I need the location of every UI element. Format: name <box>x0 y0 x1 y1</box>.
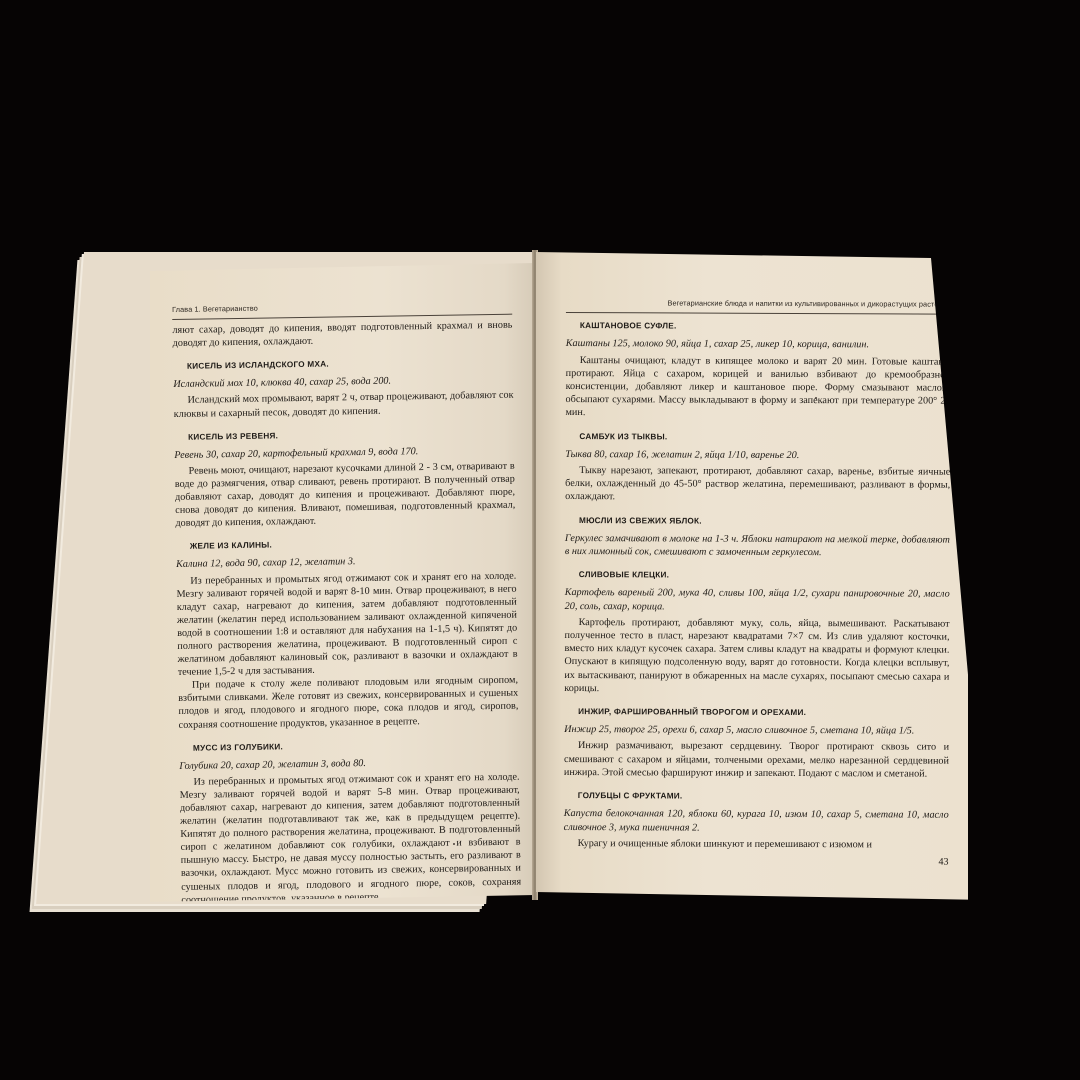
recipe-blueberry-mousse: Мусс из голубики. Голубика 20, сахар 20,… <box>179 736 522 903</box>
recipe-method: Каштаны очищают, кладут в кипящее молоко… <box>565 354 950 422</box>
photo-scene: Глава 1. Вегетарианство ляют сахар, дово… <box>0 0 1080 1080</box>
recipe-viburnum-jelly: Желе из калины. Калина 12, вода 90, саха… <box>176 535 519 732</box>
recipe-ingredients: Исландский мох 10, клюква 40, сахар 25, … <box>173 373 513 391</box>
recipe-chestnut-souffle: Каштановое суфле. Каштаны 125, молоко 90… <box>565 319 950 421</box>
recipe-ingredients: Ревень 30, сахар 20, картофельный крахма… <box>174 443 514 461</box>
left-running-head: Глава 1. Вегетарианство <box>172 298 512 320</box>
recipe-title: Желе из калины. <box>176 535 516 553</box>
right-running-head: Вегетарианские блюда и напитки из культи… <box>566 296 951 315</box>
paper-speck <box>815 397 817 399</box>
left-page: Глава 1. Вегетарианство ляют сахар, дово… <box>150 263 535 903</box>
recipe-title: Самбук из тыквы. <box>565 430 950 445</box>
recipe-ingredients: Капуста белокочанная 120, яблоки 60, кур… <box>564 807 949 835</box>
recipe-title: Голубцы с фруктами. <box>564 789 949 804</box>
recipe-ingredients: Тыква 80, сахар 16, желатин 2, яйца 1/10… <box>565 448 950 463</box>
recipe-ingredients: Картофель вареный 200, мука 40, сливы 10… <box>565 586 950 614</box>
paper-speck <box>453 843 455 845</box>
recipe-method: Инжир размачивают, вырезают сердцевину. … <box>564 739 949 780</box>
recipe-method: Курагу и очищенные яблоки шинкуют и пере… <box>564 837 949 852</box>
recipe-plum-dumplings: Сливовые клецки. Картофель вареный 200, … <box>564 568 950 697</box>
recipe-method: Из перебранных и промытых ягод отжимают … <box>176 569 518 679</box>
recipe-method: Картофель протирают, добавляют муку, сол… <box>564 616 949 697</box>
recipe-ingredients: Инжир 25, творог 25, орехи 6, сахар 5, м… <box>564 723 949 738</box>
recipe-stuffed-figs: Инжир, фаршированный творогом и орехами.… <box>564 705 949 781</box>
recipe-method: Тыкву нарезают, запекают, протирают, доб… <box>565 464 950 505</box>
right-page: Вегетарианские блюда и напитки из культи… <box>536 252 968 902</box>
recipe-ingredients: Каштаны 125, молоко 90, яйца 1, сахар 25… <box>566 337 951 352</box>
recipe-title: Кисель из ревеня. <box>174 425 514 443</box>
page-number-right: 43 <box>564 854 949 869</box>
recipe-fruit-cabbage-rolls: Голубцы с фруктами. Капуста белокочанная… <box>564 789 949 851</box>
recipe-apple-muesli: Мюсли из свежих яблок. Геркулес замачива… <box>565 514 950 560</box>
recipe-ingredients: Геркулес замачивают в молоке на 1-3 ч. Я… <box>565 532 950 560</box>
paper-speck <box>307 845 309 847</box>
recipe-ingredients: Голубика 20, сахар 20, желатин 3, вода 8… <box>179 754 519 772</box>
right-page-text: Вегетарианские блюда и напитки из культи… <box>564 296 951 869</box>
left-page-text: Глава 1. Вегетарианство ляют сахар, дово… <box>172 298 522 903</box>
recipe-method: Ревень моют, очищают, нарезают кусочками… <box>175 459 516 530</box>
recipe-title: Кисель из исландского мха. <box>173 355 513 373</box>
recipe-method: Исландский мох промывают, варят 2 ч, отв… <box>173 389 513 421</box>
recipe-rhubarb-kissel: Кисель из ревеня. Ревень 30, сахар 20, к… <box>174 425 516 530</box>
recipe-title: Мюсли из свежих яблок. <box>565 514 950 529</box>
recipe-ingredients: Калина 12, вода 90, сахар 12, желатин 3. <box>176 553 516 571</box>
recipe-method: Из перебранных и промытых ягод отжимают … <box>179 770 521 903</box>
recipe-title: Каштановое суфле. <box>566 319 951 334</box>
continuation-paragraph: ляют сахар, доводят до кипения, вводят п… <box>172 319 512 351</box>
recipe-serving-note: При подаче к столу желе поливают плодовы… <box>178 674 519 732</box>
recipe-pumpkin-sambuk: Самбук из тыквы. Тыква 80, сахар 16, жел… <box>565 430 950 506</box>
recipe-title: Инжир, фаршированный творогом и орехами. <box>564 705 949 720</box>
recipe-iceland-moss-kissel: Кисель из исландского мха. Исландский мо… <box>173 355 514 421</box>
recipe-title: Сливовые клецки. <box>565 568 950 583</box>
recipe-title: Мусс из голубики. <box>179 736 519 754</box>
